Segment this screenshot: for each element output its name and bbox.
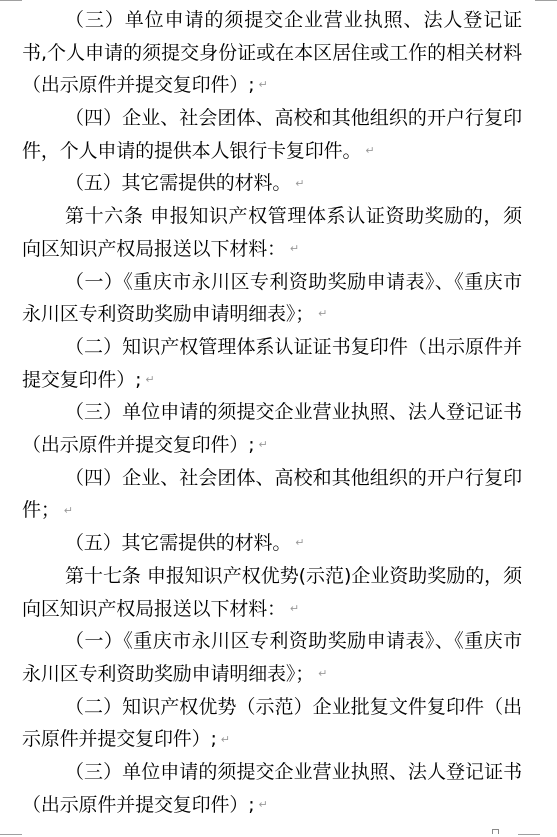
- paragraph-mark-icon: ↵: [295, 168, 304, 201]
- paragraph-11[interactable]: （一）《重庆市永川区专利资助奖励申请表》、《重庆市永川区专利资助奖励申请明细表》…: [22, 625, 522, 690]
- paragraph-text: （五）其它需提供的材料。: [65, 172, 291, 194]
- paragraph-text: （三）单位申请的须提交企业营业执照、法人登记证书（出示原件并提交复印件）;: [22, 401, 522, 456]
- paragraph-text: （四）企业、社会团体、高校和其他组织的开户行复印件；: [22, 467, 522, 522]
- article-17-heading[interactable]: 第十七条 申报知识产权优势(示范)企业资助奖励的，须向区知识产权局报送以下材料：…: [22, 560, 522, 625]
- paragraph-mark-icon: ↵: [258, 789, 267, 822]
- paragraph-3[interactable]: （五）其它需提供的材料。↵: [22, 167, 522, 200]
- paragraph-7[interactable]: （三）单位申请的须提交企业营业执照、法人登记证书（出示原件并提交复印件）;↵: [22, 396, 522, 461]
- paragraph-text: 第十六条 申报知识产权管理体系认证资助奖励的，须向区知识产权局报送以下材料：: [22, 205, 522, 260]
- paragraph-8[interactable]: （四）企业、社会团体、高校和其他组织的开户行复印件；↵: [22, 462, 522, 527]
- paragraph-text: （四）企业、社会团体、高校和其他组织的开户行复印件，个人申请的提供本人银行卡复印…: [22, 107, 522, 162]
- paragraph-text: （二）知识产权管理体系认证证书复印件（出示原件并提交复印件）;: [22, 336, 522, 391]
- page-corner-mark-bottom-left: [0, 834, 22, 835]
- paragraph-mark-icon: ↵: [258, 69, 267, 102]
- paragraph-mark-icon: ↵: [290, 593, 299, 626]
- article-16-heading[interactable]: 第十六条 申报知识产权管理体系认证资助奖励的，须向区知识产权局报送以下材料：↵: [22, 200, 522, 265]
- paragraph-mark-icon: ↵: [365, 135, 374, 168]
- paragraph-text: （三）单位申请的须提交企业营业执照、法人登记证书（出示原件并提交复印件）;: [22, 761, 522, 816]
- page-corner-mark-top-left: [0, 0, 22, 1]
- paragraph-mark-icon: ↵: [290, 233, 299, 266]
- paragraph-mark-icon: ↵: [258, 429, 267, 462]
- document-page[interactable]: （三）单位申请的须提交企业营业执照、法人登记证书,个人申请的须提交身份证或在本区…: [22, 4, 522, 821]
- paragraph-text: （一）《重庆市永川区专利资助奖励申请表》、《重庆市永川区专利资助奖励申请明细表》…: [22, 630, 522, 685]
- page-margin-tick-icon: [492, 829, 499, 834]
- paragraph-text: （五）其它需提供的材料。: [65, 532, 291, 554]
- paragraph-mark-icon: ↵: [145, 364, 154, 397]
- paragraph-mark-icon: ↵: [318, 298, 327, 331]
- paragraph-13[interactable]: （三）单位申请的须提交企业营业执照、法人登记证书（出示原件并提交复印件）;↵: [22, 756, 522, 821]
- paragraph-12[interactable]: （二）知识产权优势（示范）企业批复文件复印件（出示原件并提交复印件）;↵: [22, 691, 522, 756]
- paragraph-9[interactable]: （五）其它需提供的材料。↵: [22, 527, 522, 560]
- page-corner-mark-bottom-right: [518, 834, 540, 835]
- paragraph-text: （一）《重庆市永川区专利资助奖励申请表》、《重庆市永川区专利资助奖励申请明细表》…: [22, 271, 522, 326]
- paragraph-text: （三）单位申请的须提交企业营业执照、法人登记证书,个人申请的须提交身份证或在本区…: [22, 9, 522, 96]
- paragraph-1[interactable]: （三）单位申请的须提交企业营业执照、法人登记证书,个人申请的须提交身份证或在本区…: [22, 4, 522, 102]
- paragraph-5[interactable]: （一）《重庆市永川区专利资助奖励申请表》、《重庆市永川区专利资助奖励申请明细表》…: [22, 266, 522, 331]
- paragraph-2[interactable]: （四）企业、社会团体、高校和其他组织的开户行复印件，个人申请的提供本人银行卡复印…: [22, 102, 522, 167]
- paragraph-mark-icon: ↵: [64, 495, 73, 528]
- paragraph-text: 第十七条 申报知识产权优势(示范)企业资助奖励的，须向区知识产权局报送以下材料：: [22, 565, 522, 620]
- paragraph-text: （二）知识产权优势（示范）企业批复文件复印件（出示原件并提交复印件）;: [22, 696, 522, 751]
- paragraph-mark-icon: ↵: [295, 527, 304, 560]
- paragraph-6[interactable]: （二）知识产权管理体系认证证书复印件（出示原件并提交复印件）;↵: [22, 331, 522, 396]
- paragraph-mark-icon: ↵: [221, 724, 230, 757]
- page-corner-mark-top-right: [535, 0, 557, 1]
- paragraph-mark-icon: ↵: [318, 658, 327, 691]
